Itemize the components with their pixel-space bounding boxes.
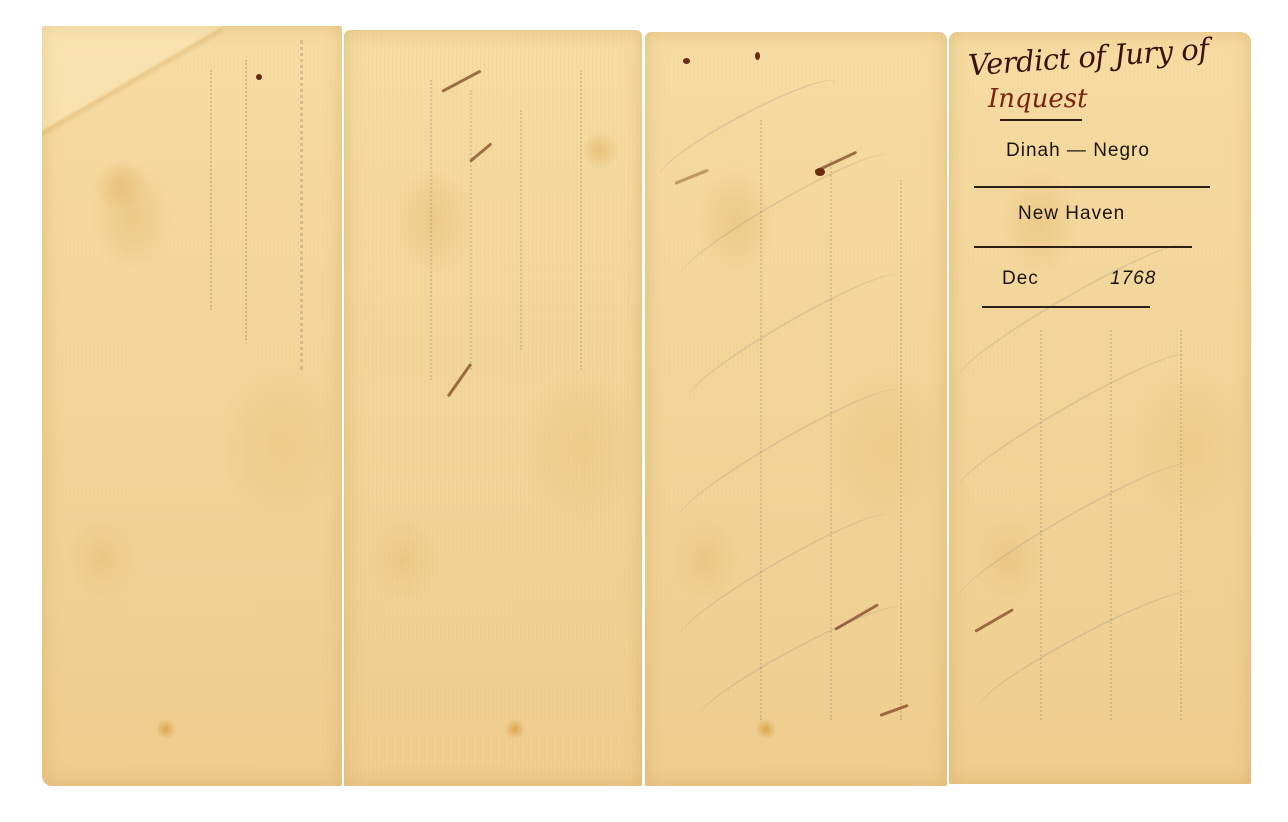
docket-rule-2 (974, 246, 1192, 248)
docket-date-month: Dec (1002, 268, 1039, 290)
document-sheet: Verdict of Jury of Inquest Dinah — Negro… (0, 0, 1288, 822)
docket-subject: Dinah — Negro (1006, 140, 1150, 162)
docket-date-year: 1768 (1110, 268, 1156, 290)
paper-panel-1 (42, 26, 342, 786)
docket-rule-1 (974, 186, 1210, 188)
docket-rule-3 (982, 306, 1150, 308)
docket-title-underline (1000, 119, 1082, 121)
docket-title-line-2: Inquest (988, 84, 1088, 114)
folded-corner-crease (42, 26, 222, 136)
docket-place: New Haven (1018, 203, 1125, 225)
